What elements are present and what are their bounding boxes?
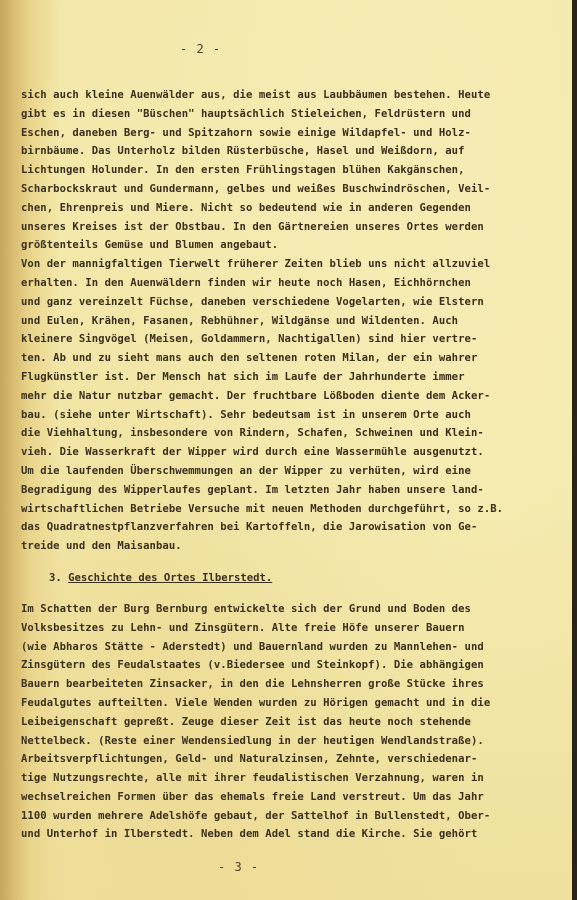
page-number-top: - 2 -	[180, 42, 221, 56]
section-title: Geschichte des Ortes Ilberstedt.	[68, 572, 272, 584]
page-number-bottom: - 3 -	[218, 860, 259, 874]
text-line: Arbeitsverpflichtungen, Geld- und Natura…	[21, 750, 551, 769]
spacer	[21, 587, 551, 600]
text-line: Begradigung des Wipperlaufes geplant. Im…	[21, 481, 551, 500]
text-line: und Unterhof in Ilberstedt. Neben dem Ad…	[21, 825, 551, 844]
paragraph-flora: sich auch kleine Auenwälder aus, die mei…	[21, 86, 551, 255]
section-number: 3.	[49, 572, 62, 584]
text-line: Im Schatten der Burg Bernburg entwickelt…	[21, 600, 551, 619]
text-line: vieh. Die Wasserkraft der Wipper wird du…	[21, 443, 551, 462]
text-line: das Quadratnestpflanzverfahren bei Karto…	[21, 518, 551, 537]
text-line: erhalten. In den Auenwäldern finden wir …	[21, 274, 551, 293]
spacer	[21, 556, 551, 569]
text-line: und ganz vereinzelt Füchse, daneben vers…	[21, 293, 551, 312]
text-line: sich auch kleine Auenwälder aus, die mei…	[21, 86, 551, 105]
text-line: die Viehhaltung, insbesondere von Rinder…	[21, 424, 551, 443]
text-line: Eschen, daneben Berg- und Spitzahorn sow…	[21, 124, 551, 143]
section-heading: 3. Geschichte des Ortes Ilberstedt.	[21, 569, 551, 587]
text-line: Von der mannigfaltigen Tierwelt früherer…	[21, 255, 551, 274]
text-line: bau. (siehe unter Wirtschaft). Sehr bede…	[21, 406, 551, 425]
text-line: treide und den Maisanbau.	[21, 537, 551, 556]
text-line: Nettelbeck. (Reste einer Wendensiedlung …	[21, 732, 551, 751]
text-line: chen, Ehrenpreis und Miere. Nicht so bed…	[21, 199, 551, 218]
text-line: tige Nutzungsrechte, alle mit ihrer feud…	[21, 769, 551, 788]
text-line: Scharbockskraut und Gundermann, gelbes u…	[21, 180, 551, 199]
body-text: sich auch kleine Auenwälder aus, die mei…	[21, 86, 551, 844]
text-line: 1100 wurden mehrere Adelshöfe gebaut, de…	[21, 807, 551, 826]
text-line: Flugkünstler ist. Der Mensch hat sich im…	[21, 368, 551, 387]
document-page: - 2 - sich auch kleine Auenwälder aus, d…	[0, 0, 577, 900]
text-line: birnbäume. Das Unterholz bilden Rüsterbü…	[21, 142, 551, 161]
text-line: Leibeigenschaft gepreßt. Zeuge dieser Ze…	[21, 713, 551, 732]
text-line: ten. Ab und zu sieht mans auch den selte…	[21, 349, 551, 368]
text-line: kleinere Singvögel (Meisen, Goldammern, …	[21, 330, 551, 349]
text-line: wechselreichen Formen über das ehemals f…	[21, 788, 551, 807]
text-line: Bauern bearbeiteten Zinsacker, in den di…	[21, 675, 551, 694]
text-line: Feudalgutes aufteilten. Viele Wenden wur…	[21, 694, 551, 713]
paragraph-history: Im Schatten der Burg Bernburg entwickelt…	[21, 600, 551, 844]
text-line: Um die laufenden Überschwemmungen an der…	[21, 462, 551, 481]
text-line: größtenteils Gemüse und Blumen angebaut.	[21, 236, 551, 255]
text-line: (wie Abharos Stätte - Aderstedt) und Bau…	[21, 638, 551, 657]
text-line: Lichtungen Holunder. In den ersten Frühl…	[21, 161, 551, 180]
paragraph-fauna: Von der mannigfaltigen Tierwelt früherer…	[21, 255, 551, 556]
text-line: mehr die Natur nutzbar gemacht. Der fruc…	[21, 387, 551, 406]
text-line: wirtschaftlichen Betriebe Versuche mit n…	[21, 500, 551, 519]
text-line: und Eulen, Krähen, Fasanen, Rebhühner, W…	[21, 312, 551, 331]
text-line: gibt es in diesen "Büschen" hauptsächlic…	[21, 105, 551, 124]
text-line: Volksbesitzes zu Lehn- und Zinsgütern. A…	[21, 619, 551, 638]
text-line: unseres Kreises ist der Obstbau. In den …	[21, 218, 551, 237]
text-line: Zinsgütern des Feudalstaates (v.Biederse…	[21, 656, 551, 675]
